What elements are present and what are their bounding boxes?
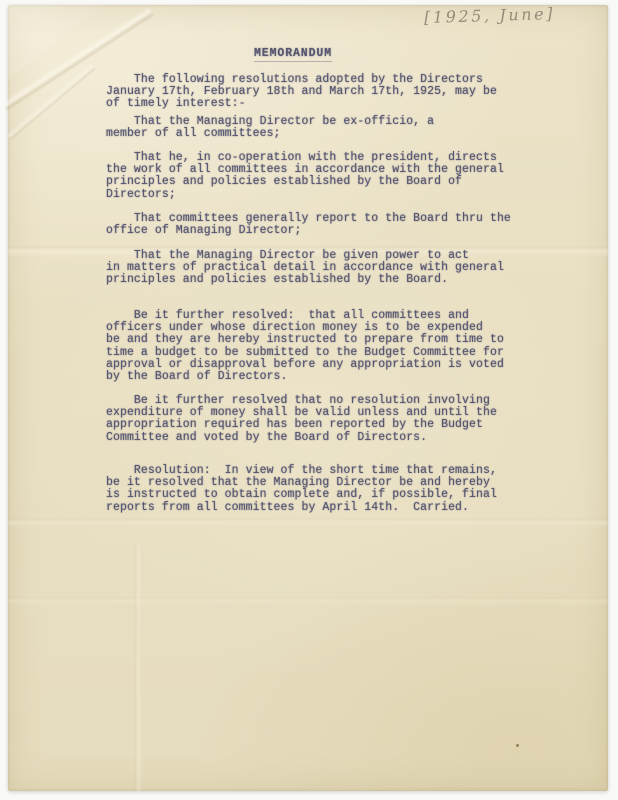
memo-paragraph-budget-resolution: Be it further resolved: that all committ… <box>106 310 504 383</box>
horizontal-crease <box>8 518 608 527</box>
memo-paragraph-expenditure-resolution: Be it further resolved that no resolutio… <box>106 395 497 444</box>
corner-fold-crease-secondary <box>6 63 96 141</box>
vertical-crease <box>134 545 142 791</box>
memo-title: MEMORANDUM <box>254 48 332 62</box>
corner-fold-highlight <box>8 5 103 80</box>
memo-paragraph-report-to-board: That committees generally report to the … <box>106 213 511 237</box>
scan-background: [1925, June] MEMORANDUM The following re… <box>0 0 618 800</box>
paper-speck <box>516 744 519 747</box>
memo-paragraph-final-reports-resolution: Resolution: In view of the short time th… <box>106 465 497 514</box>
horizontal-crease <box>8 597 608 605</box>
memo-paragraph-power-to-act: That the Managing Director be given powe… <box>106 250 504 287</box>
memo-paragraph-intro: The following resolutions adopted by the… <box>106 74 497 111</box>
memo-paragraph-cooperation: That he, in co-operation with the presid… <box>106 152 504 201</box>
memo-paragraph-ex-officio: That the Managing Director be ex-officio… <box>106 116 434 140</box>
